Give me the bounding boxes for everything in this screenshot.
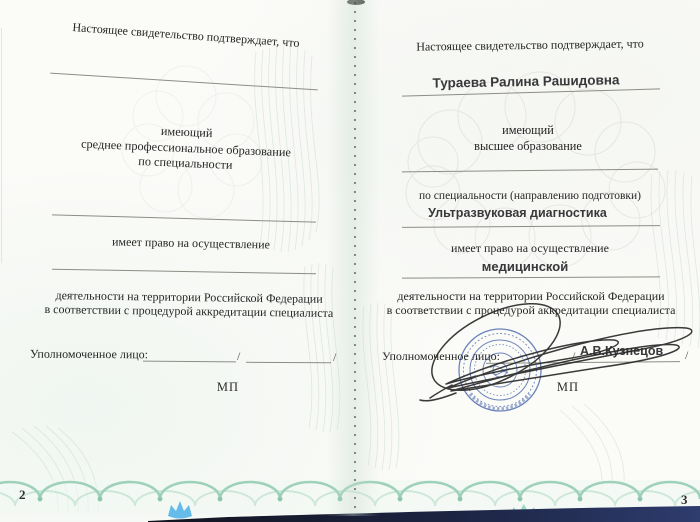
signature-scrawl (418, 296, 700, 402)
education-level-text: имеющий высшее образование (408, 123, 648, 154)
specialty-value: Ультразвуковая диагностика (410, 206, 625, 220)
activity-value: медицинской (435, 259, 615, 274)
seal-placeholder: МП (208, 380, 248, 395)
fold-top-mark (347, 0, 365, 5)
page-number-right: 3 (681, 492, 688, 508)
scan-edge-line (1, 28, 2, 263)
certificate-scan: Настоящее свидетельство подтверждает, чт… (0, 0, 700, 522)
separator-slash: / (237, 349, 240, 364)
authorized-person-label: Уполномоченное лицо: (30, 347, 148, 362)
page-number-left: 2 (19, 487, 26, 503)
separator-slash: / (333, 350, 336, 365)
specialty-label: по специальности (направлению подготовки… (395, 190, 665, 202)
territory-text: деятельности на территории Российской Фе… (28, 288, 350, 321)
fold-line (354, 2, 356, 514)
entitlement-text: имеет право на осуществление (400, 241, 660, 256)
